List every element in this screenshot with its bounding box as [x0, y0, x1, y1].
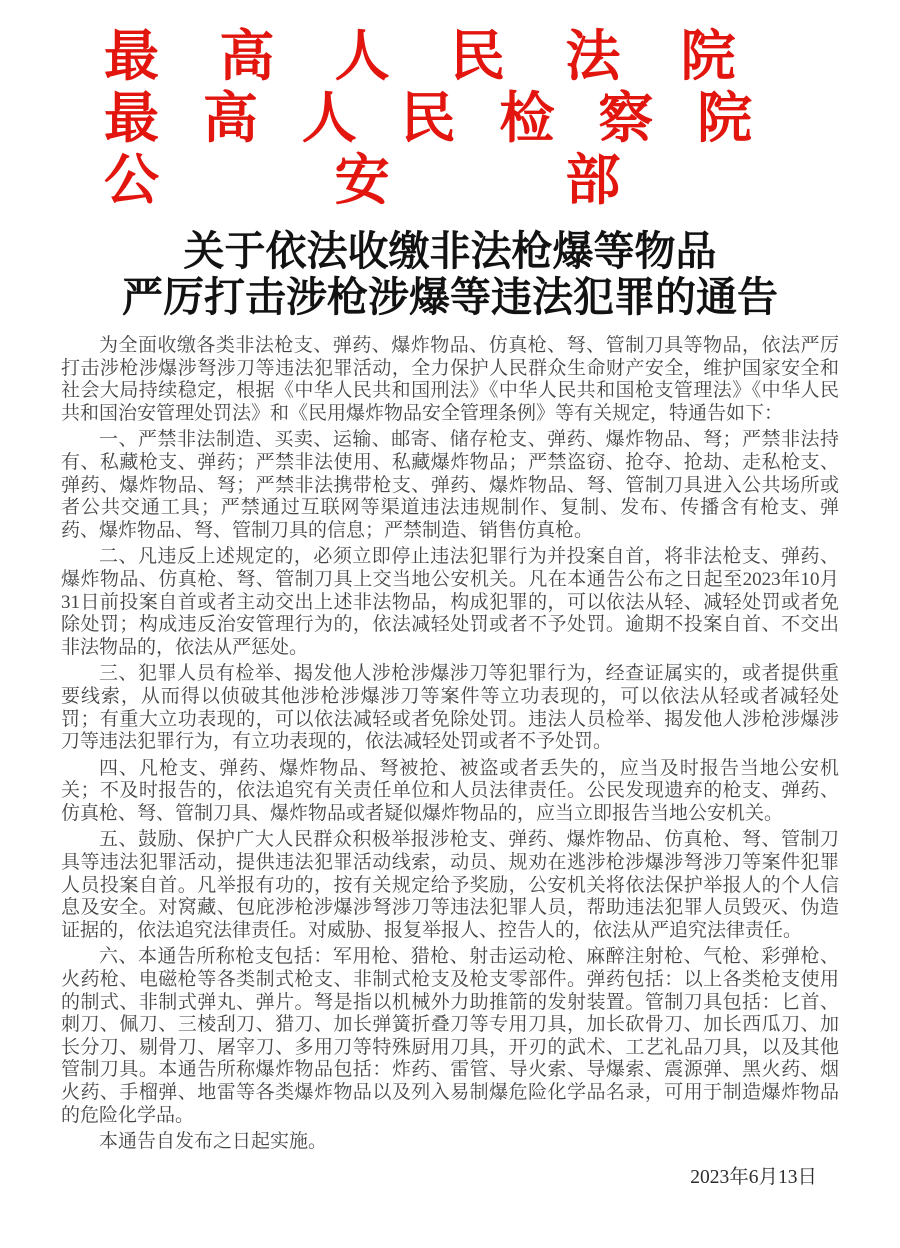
paragraph-item-6: 六、本通告所称枪支包括：军用枪、猎枪、射击运动枪、麻醉注射枪、气枪、彩弹枪、火药… [61, 946, 839, 1127]
letterhead: 最高人民法院 最高人民检察院 公安部 [104, 26, 796, 212]
issuer-line-ministry-public-security: 公安部 [104, 150, 796, 212]
notice-title-line-2: 严厉打击涉枪涉爆等违法犯罪的通告 [0, 274, 900, 320]
issue-date: 2023年6月13日 [61, 1167, 839, 1190]
paragraph-item-3: 三、犯罪人员有检举、揭发他人涉枪涉爆涉刀等犯罪行为，经查证属实的，或者提供重要线… [61, 663, 839, 753]
notice-title: 关于依法收缴非法枪爆等物品 严厉打击涉枪涉爆等违法犯罪的通告 [0, 228, 900, 320]
notice-title-line-1: 关于依法收缴非法枪爆等物品 [0, 228, 900, 274]
paragraph-item-2: 二、凡违反上述规定的，必须立即停止违法犯罪行为并投案自首，将非法枪支、弹药、爆炸… [61, 546, 839, 659]
paragraph-intro: 为全面收缴各类非法枪支、弹药、爆炸物品、仿真枪、弩、管制刀具等物品，依法严厉打击… [61, 335, 839, 425]
paragraph-item-1: 一、严禁非法制造、买卖、运输、邮寄、储存枪支、弹药、爆炸物品、弩；严禁非法持有、… [61, 429, 839, 542]
issuer-line-supreme-procuratorate: 最高人民检察院 [104, 88, 796, 150]
notice-page: { "document": { "issuers": [ "最高人民法院", "… [0, 0, 900, 1248]
notice-body: 为全面收缴各类非法枪支、弹药、爆炸物品、仿真枪、弩、管制刀具等物品，依法严厉打击… [61, 335, 839, 1189]
paragraph-effective-date-statement: 本通告自发布之日起实施。 [61, 1131, 839, 1154]
issuer-line-supreme-court: 最高人民法院 [104, 26, 796, 88]
paragraph-item-4: 四、凡枪支、弹药、爆炸物品、弩被抢、被盗或者丢失的，应当及时报告当地公安机关；不… [61, 758, 839, 826]
paragraph-item-5: 五、鼓励、保护广大人民群众积极举报涉枪支、弹药、爆炸物品、仿真枪、弩、管制刀具等… [61, 829, 839, 942]
